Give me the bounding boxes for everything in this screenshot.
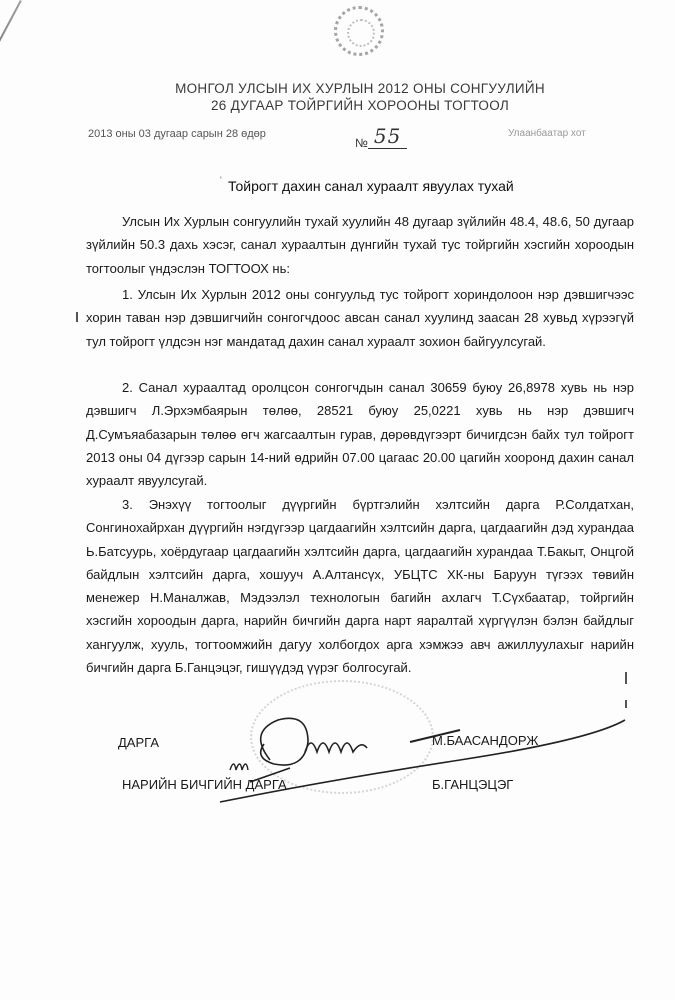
paragraph-text: 1. Улсын Их Хурлын 2012 оны сонгуульд ту… — [86, 283, 634, 353]
clause-2-paragraph: 2. Санал хураалтад оролцсон сонгогчдын с… — [86, 376, 634, 492]
clause-3-paragraph: 3. Энэхүү тогтоолыг дүүргийн бүртгэлийн … — [86, 493, 634, 679]
scanned-document-page: МОНГОЛ УЛСЫН ИХ ХУРЛЫН 2012 ОНЫ СОНГУУЛИ… — [0, 0, 675, 1000]
paragraph-text: Улсын Их Хурлын сонгуулийн тухай хуулийн… — [86, 210, 634, 280]
paragraph-text: 3. Энэхүү тогтоолыг дүүргийн бүртгэлийн … — [86, 493, 634, 679]
signatory-1-name: М.БААСАНДОРЖ — [432, 733, 538, 748]
document-header: МОНГОЛ УЛСЫН ИХ ХУРЛЫН 2012 ОНЫ СОНГУУЛИ… — [150, 80, 570, 114]
handwritten-signature-icon — [210, 690, 630, 810]
header-line-2: 26 ДУГААР ТОЙРГИЙН ХОРООНЫ ТОГТООЛ — [150, 97, 570, 114]
scan-margin-mark — [625, 672, 627, 684]
state-emblem-icon — [334, 6, 384, 56]
signatory-2-title: НАРИЙН БИЧГИЙН ДАРГА — [122, 777, 287, 792]
signatory-1-title: ДАРГА — [118, 735, 159, 750]
scan-margin-mark — [76, 312, 78, 322]
scan-mark: ' — [220, 175, 222, 185]
scan-artifact-line — [0, 0, 22, 80]
preamble-paragraph: Улсын Их Хурлын сонгуулийн тухай хуулийн… — [86, 210, 634, 280]
document-title: ' Тойрогт дахин санал хураалт явуулах ту… — [228, 178, 514, 194]
title-text: Тойрогт дахин санал хураалт явуулах туха… — [228, 178, 514, 194]
document-date: 2013 оны 03 дугаар сарын 28 өдөр — [88, 128, 266, 140]
document-place: Улаанбаатар хот — [508, 128, 586, 139]
number-value: 55 — [368, 124, 407, 149]
number-label: № — [355, 136, 368, 150]
clause-1-paragraph: 1. Улсын Их Хурлын 2012 оны сонгуульд ту… — [86, 283, 634, 353]
document-number: №55 — [355, 128, 407, 152]
header-line-1: МОНГОЛ УЛСЫН ИХ ХУРЛЫН 2012 ОНЫ СОНГУУЛИ… — [150, 80, 570, 97]
signatory-2-name: Б.ГАНЦЭЦЭГ — [432, 777, 513, 792]
paragraph-text: 2. Санал хураалтад оролцсон сонгогчдын с… — [86, 376, 634, 492]
